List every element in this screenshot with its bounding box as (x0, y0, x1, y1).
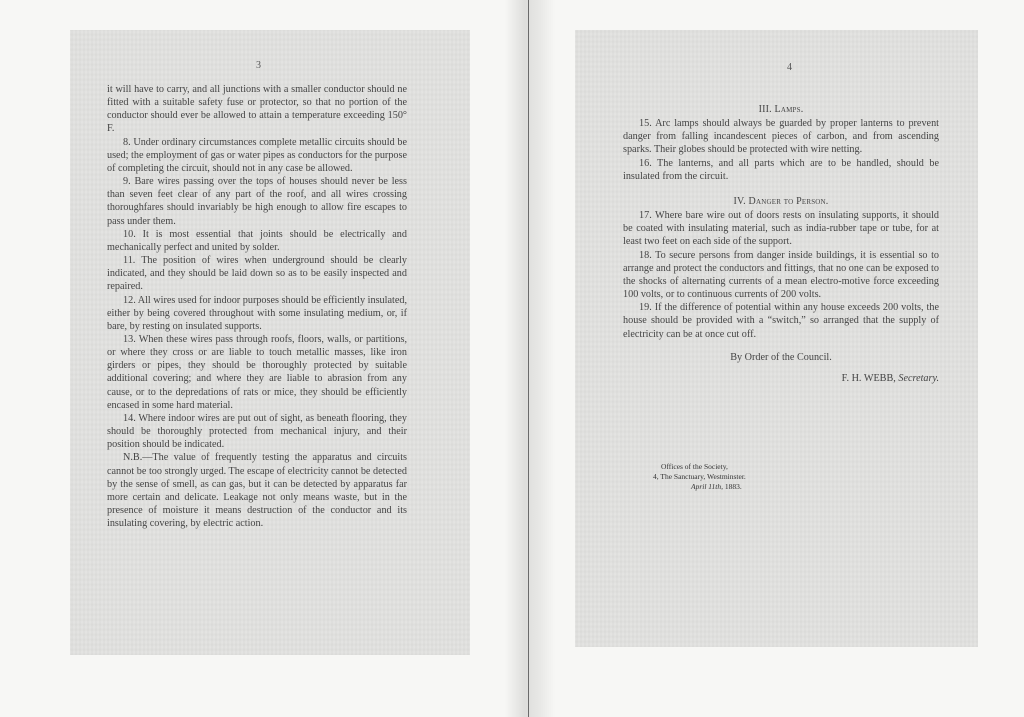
left-page: 3 it will have to carry, and all junctio… (70, 30, 470, 655)
date-month-day: April 11th, (691, 482, 723, 491)
paragraph-rule-14: 14. Where indoor wires are put out of si… (107, 412, 407, 451)
paragraph-rule-10: 10. It is most essential that joints sho… (107, 228, 407, 254)
society-address-block: Offices of the Society, 4, The Sanctuary… (653, 462, 746, 491)
page-number-left: 3 (256, 60, 261, 71)
paragraph-rule-19: 19. If the difference of potential withi… (623, 301, 939, 340)
right-page-body: III. Lamps. 15. Arc lamps should always … (623, 103, 939, 385)
order-of-council-line: By Order of the Council. (623, 351, 939, 364)
paragraph-continuation: it will have to carry, and all junctions… (107, 83, 407, 136)
signature-line: F. H. WEBB, Secretary. (623, 372, 939, 385)
address-line-2: 4, The Sanctuary, Westminster. (653, 472, 746, 482)
paragraph-rule-15: 15. Arc lamps should always be guarded b… (623, 117, 939, 156)
address-line-1: Offices of the Society, (653, 462, 746, 472)
book-spine-shadow (505, 0, 555, 717)
page-fold-line (528, 0, 529, 717)
section-heading-danger-to-person: IV. Danger to Person. (623, 195, 939, 208)
left-page-body: it will have to carry, and all junctions… (107, 83, 407, 530)
paragraph-rule-12: 12. All wires used for indoor purposes s… (107, 294, 407, 333)
paragraph-rule-18: 18. To secure persons from danger inside… (623, 249, 939, 302)
paragraph-rule-17: 17. Where bare wire out of doors rests o… (623, 209, 939, 248)
page-number-right: 4 (787, 62, 792, 73)
paragraph-rule-16: 16. The lanterns, and all parts which ar… (623, 157, 939, 183)
address-date: April 11th, 1883. (653, 482, 746, 492)
paragraph-rule-8: 8. Under ordinary circumstances complete… (107, 136, 407, 175)
date-year: 1883. (725, 482, 742, 491)
paragraph-rule-11: 11. The position of wires when undergrou… (107, 254, 407, 293)
signatory-name: F. H. WEBB, (842, 373, 896, 384)
paragraph-rule-13: 13. When these wires pass through roofs,… (107, 333, 407, 412)
section-heading-lamps: III. Lamps. (623, 103, 939, 116)
right-page: 4 III. Lamps. 15. Arc lamps should alway… (575, 30, 978, 647)
signatory-title: Secretary. (898, 373, 939, 384)
paragraph-nota-bene: N.B.—The value of frequently testing the… (107, 451, 407, 530)
paragraph-rule-9: 9. Bare wires passing over the tops of h… (107, 175, 407, 228)
